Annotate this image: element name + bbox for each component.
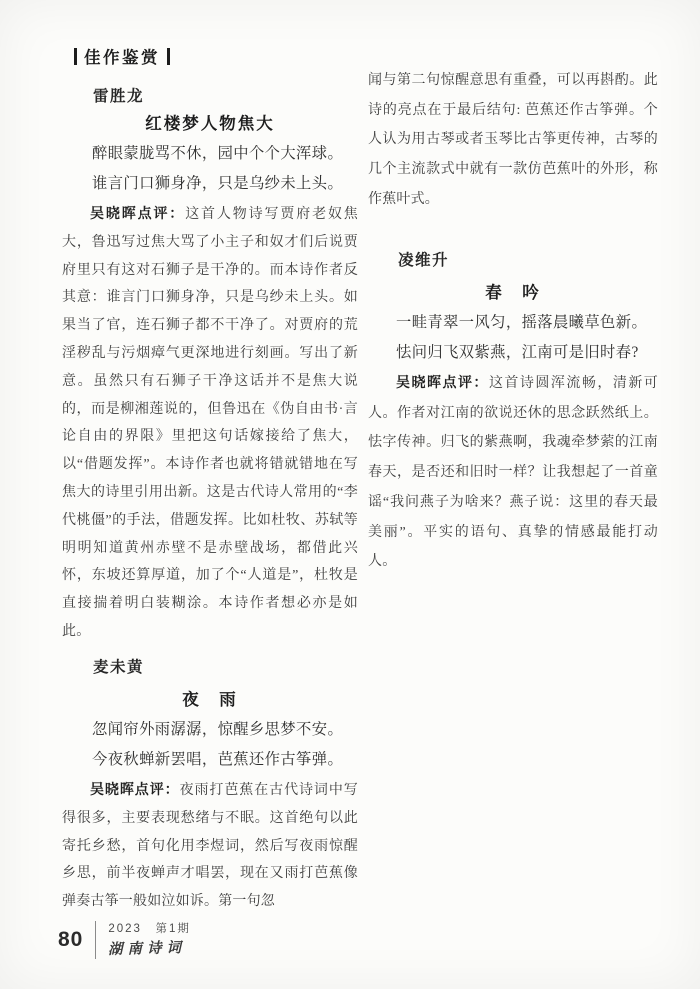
poem-line: 忽闻帘外雨潺潺，惊醒乡思梦不安。 — [92, 717, 343, 739]
author-name: 凌维升 — [398, 248, 449, 270]
section-header: 佳作鉴赏 — [74, 44, 170, 68]
section-title: 佳作鉴赏 — [84, 44, 160, 68]
poem-line: 怯问归飞双紫燕，江南可是旧时春? — [396, 340, 639, 362]
journal-logo: 湖南诗词 — [108, 936, 191, 959]
poem-title: 春 吟 — [368, 279, 658, 303]
footer-meta: 2023 第1期 湖南诗词 — [108, 920, 190, 959]
comment-label: 吴晓晖点评： — [90, 205, 185, 221]
poem-title: 夜 雨 — [62, 686, 358, 710]
header-bar-right-icon — [167, 48, 170, 65]
comment-paragraph: 吴晓晖点评：夜雨打芭蕉在古代诗词中写得很多，主要表现愁绪与不眠。这首绝句以此寄托… — [62, 776, 358, 916]
comment-text: 这首诗圆浑流畅，清新可人。作者对江南的欲说还休的思念跃然纸上。怯字传神。归飞的紫… — [368, 376, 658, 569]
comment-continuation: 闻与第二句惊醒意思有重叠，可以再斟酌。此诗的亮点在于最后结句: 芭蕉还作古筝弹。… — [368, 66, 658, 215]
poem-line: 谁言门口狮身净，只是乌纱未上头。 — [92, 171, 343, 193]
comment-paragraph: 吴晓晖点评：这首诗圆浑流畅，清新可人。作者对江南的欲说还休的思念跃然纸上。怯字传… — [368, 368, 658, 577]
author-name: 雷胜龙 — [93, 84, 144, 106]
page-footer: 80 2023 第1期 湖南诗词 — [58, 920, 191, 959]
poem-line: 醉眼蒙胧骂不休，园中个个大浑球。 — [92, 141, 343, 163]
author-name: 麦未黄 — [93, 655, 144, 677]
header-bar-left-icon — [74, 48, 77, 65]
poem-title: 红楼梦人物焦大 — [62, 110, 358, 134]
comment-paragraph: 吴晓晖点评：这首人物诗写贾府老奴焦大，鲁迅写过焦大骂了小主子和奴才们后说贾府里只… — [62, 200, 358, 646]
issue-label: 2023 第1期 — [108, 920, 190, 936]
comment-text: 这首人物诗写贾府老奴焦大，鲁迅写过焦大骂了小主子和奴才们后说贾府里只有这对石狮子… — [62, 207, 358, 639]
comment-label: 吴晓晖点评： — [396, 374, 489, 390]
magazine-page: 佳作鉴赏 雷胜龙 红楼梦人物焦大 醉眼蒙胧骂不休，园中个个大浑球。 谁言门口狮身… — [0, 0, 700, 989]
footer-divider — [95, 921, 96, 959]
comment-label: 吴晓晖点评： — [90, 781, 180, 797]
poem-line: 一畦青翠一风匀，摇落晨曦草色新。 — [396, 310, 647, 332]
page-number: 80 — [58, 928, 83, 952]
comment-text: 夜雨打芭蕉在古代诗词中写得很多，主要表现愁绪与不眠。这首绝句以此寄托乡愁，首句化… — [62, 783, 358, 909]
poem-line: 今夜秋蝉新罢唱，芭蕉还作古筝弹。 — [92, 747, 343, 769]
